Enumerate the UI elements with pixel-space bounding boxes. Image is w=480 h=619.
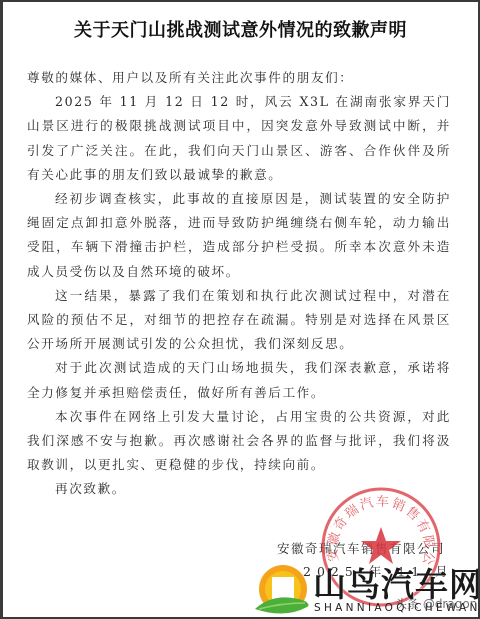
document-body: 尊敬的媒体、用户以及所有关注此次事件的朋友们： 2025 年 11 月 12 日… [27, 66, 451, 502]
sun-leaf-logo-icon [255, 565, 311, 617]
signature-company: 安徽奇瑞汽车销售有限公司 [277, 539, 445, 557]
paragraph-cause: 经初步调查核实，此事故的直接原因是，测试装置的安全防护绳固定点卸扣意外脱落，进而… [27, 187, 451, 284]
paragraph-incident: 2025 年 11 月 12 日 12 时，风云 X3L 在湖南张家界天门山景区… [27, 90, 451, 187]
salutation: 尊敬的媒体、用户以及所有关注此次事件的朋友们： [27, 66, 451, 90]
document-title: 关于天门山挑战测试意外情况的致歉声明 [3, 16, 478, 42]
paragraph-closing: 再次致歉。 [27, 477, 451, 501]
watermark-handle: 头条 @dragon [395, 595, 477, 612]
paragraph-compensation: 对于此次测试造成的天门山场地损失，我们深表歉意，承诺将全力修复并承担赔偿责任，做… [27, 356, 451, 404]
watermark-logo: 山鸟汽车网 SHANNIAOQICHEWANG 头条 @dragon [255, 565, 477, 617]
paragraph-thanks: 本次事件在网络上引发大量讨论，占用宝贵的公共资源，对此我们深感不安与抱歉。再次感… [27, 405, 451, 478]
document-page: 关于天门山挑战测试意外情况的致歉声明 尊敬的媒体、用户以及所有关注此次事件的朋友… [3, 2, 478, 617]
paragraph-reflection: 这一结果，暴露了我们在策划和执行此次测试过程中，对潜在风险的预估不足，对细节的把… [27, 284, 451, 357]
